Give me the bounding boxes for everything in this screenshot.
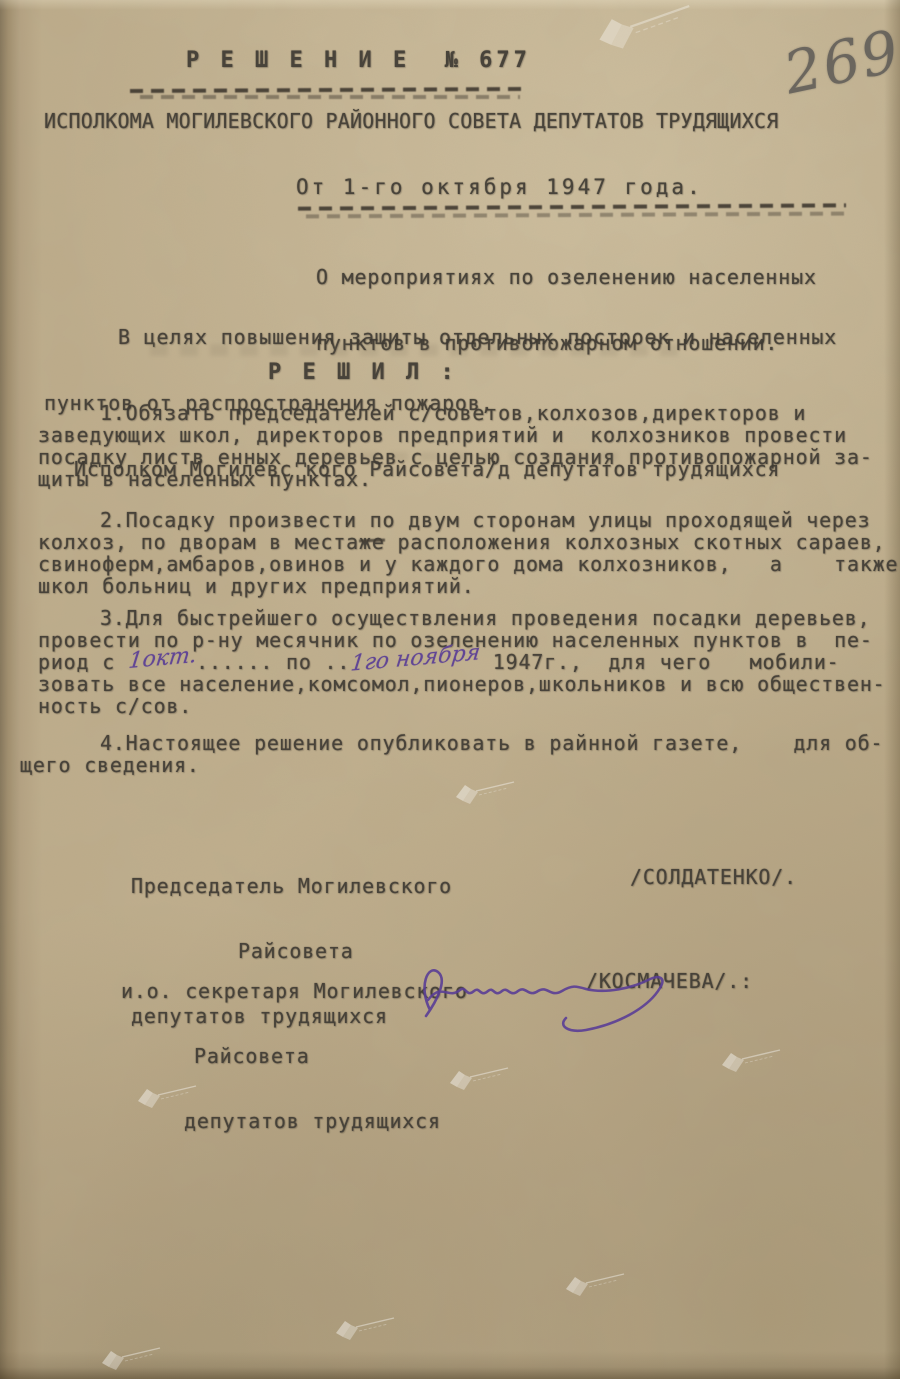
resolution-item-2: 2.Посадку произвести по двум сторонам ул… [38,509,868,597]
item-3-line-5: ность с/сов. [38,695,868,717]
resolution-item-3: 3.Для быстрейшего осуществления проведен… [38,607,868,717]
secretary-title-line: депутатов трудящихся [121,1110,468,1131]
item-2-line-1: 2.Посадку произвести по двум сторонам ул… [38,509,868,531]
item-2-line-3: свиноферм,амбаров,овинов и у каждого дом… [38,553,868,575]
typewritten-text: расположения колхозных скотных сараев, [385,530,886,554]
page-right-edge-shadow [884,0,900,1379]
typewritten-text: 1.Обязать председателей с/советов,колхоз… [100,401,806,425]
item-4-line-1: 4.Настоящее решение опубликовать в райнн… [38,732,868,754]
document-title: Р Е Ш Е Н И Е № 677 [186,50,531,72]
signature-block-secretary: и.о. секретаря Могилевского Райсовета де… [121,936,468,1175]
archive-watermark-icon [590,3,698,68]
typewritten-text: ...... по .. [196,650,350,674]
item-1-line-2: заведующих школ, директоров предприятий … [38,424,868,446]
typewritten-text: 2.Посадку произвести по двум сторонам ул… [100,508,870,532]
typewritten-text: щего сведения. [20,753,200,777]
archive-watermark-icon [452,780,516,814]
typewritten-text: школ больниц и других предприятий. [38,574,475,598]
scanned-document-page: 269 Р Е Ш Е Н И Е № 677 ИСПОЛКОМА МОГИЛЕ… [0,0,900,1379]
chairman-name: /СОЛДАТЕНКО/. [630,866,797,888]
resolution-item-4: 4.Настоящее решение опубликовать в райнн… [38,732,868,776]
item-2-line-4: школ больниц и других предприятий. [38,575,868,597]
typewritten-text: 1947г., для чего мобили- [480,650,840,674]
document-date: От 1-го октября 1947 года. [296,176,703,198]
typewritten-text: заведующих школ, директоров предприятий … [38,423,847,447]
typewritten-text: щиты в населенных пунктах. [38,467,372,491]
archive-watermark-icon [98,1346,162,1379]
item-3-line-4: зовать все население,комсомол,пионеров,ш… [38,673,868,695]
secretary-name: /КОСМАЧЕВА/.: [586,970,753,992]
archive-watermark-icon [718,1048,782,1082]
issuing-organization: ИСПОЛКОМА МОГИЛЕВСКОГО РАЙОННОГО СОВЕТА … [44,110,778,132]
preamble-line: В целях повышения защиты отдельных постр… [38,326,837,348]
typewritten-text: зовать все население,комсомол,пионеров,ш… [38,672,886,696]
item-1-line-1: 1.Обязать председателей с/советов,колхоз… [38,402,868,424]
struck-out-text: же [359,530,385,554]
page-top-highlight [0,0,900,10]
date-underline-echo [306,212,844,219]
archive-watermark-icon [562,1272,626,1306]
resolution-item-1: 1.Обязать председателей с/советов,колхоз… [38,402,868,490]
title-underline [130,87,522,93]
typewritten-text: риод с [38,650,128,674]
secretary-title-line: и.о. секретаря Могилевского [121,980,468,1001]
page-number-handwritten: 269 [778,17,900,108]
title-underline-echo [140,95,520,99]
item-2-line-2: колхоз, по дворам в местаже расположения… [38,531,868,553]
secretary-title-line: Райсовета [121,1045,468,1066]
typewritten-text: 3.Для быстрейшего осуществления проведен… [100,606,870,630]
resolved-heading: Р Е Ш И Л : [268,362,458,384]
chairman-title-line: Председатель Могилевского [131,875,452,896]
typewritten-text: колхоз, по дворам в места [38,530,359,554]
item-3-line-1: 3.Для быстрейшего осуществления проведен… [38,607,868,629]
item-1-line-4: щиты в населенных пунктах. [38,468,868,490]
page-bottom-edge-shadow [0,1351,900,1379]
item-3-line-3: риод с 1окт....... по ..1го ноября 1947г… [38,651,868,673]
item-4-line-2: щего сведения. [20,754,868,776]
item-1-line-3: посадку листв енных деревьев с целью соз… [38,446,868,468]
date-underline [298,203,846,210]
typewritten-text: посадку листв енных деревьев с целью соз… [38,445,873,469]
typewritten-text: 4.Настоящее решение опубликовать в райнн… [100,731,883,755]
typewritten-text: свиноферм,амбаров,овинов и у каждого дом… [38,552,898,576]
handwritten-insertion: 1окт. [127,645,198,673]
archive-watermark-icon [332,1316,396,1350]
typewritten-text: ность с/сов. [38,694,192,718]
